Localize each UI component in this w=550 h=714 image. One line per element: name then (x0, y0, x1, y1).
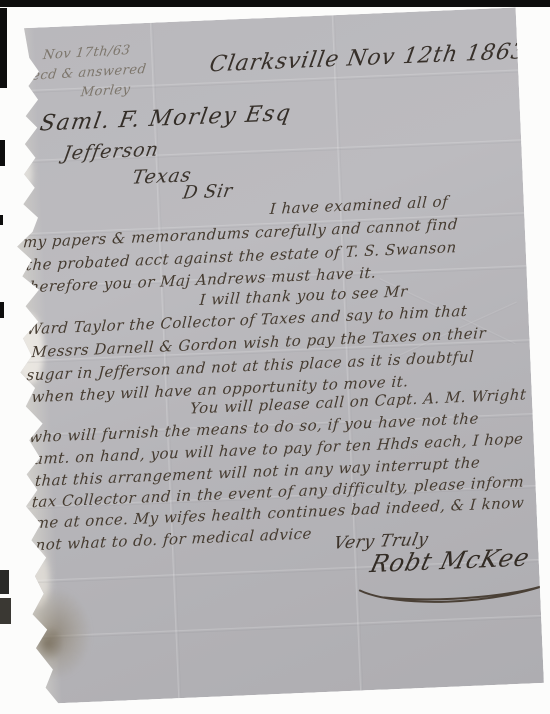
recipient-name: Saml. F. Morley Esq (38, 101, 294, 137)
torn-paper-patch (9, 148, 33, 195)
scanner-mark-left-6 (0, 598, 11, 624)
scanned-letter-page: Nov 17th/63 Recd & answered Morley Clark… (0, 0, 550, 714)
scanner-edge-band-top (0, 0, 550, 7)
signature-flourish (354, 574, 550, 611)
recipient-city: Jefferson (61, 138, 160, 164)
letter-paper: Nov 17th/63 Recd & answered Morley Clark… (0, 7, 544, 704)
docket-note: Recd & answered (21, 62, 147, 84)
scanner-mark-left-5 (0, 570, 9, 594)
signature: Robt McKee (367, 543, 533, 578)
scanner-mark-left-4 (0, 302, 4, 318)
body-line: I have examined all of (269, 192, 448, 218)
scanner-mark-left-1 (0, 8, 7, 88)
docket-date: Nov 17th/63 (42, 43, 131, 63)
salutation: D Sir (181, 180, 234, 203)
scanner-mark-left-3 (0, 215, 3, 225)
fold-crease (26, 615, 542, 640)
docket-name: Morley (80, 82, 131, 100)
scanner-mark-left-2 (0, 140, 5, 166)
